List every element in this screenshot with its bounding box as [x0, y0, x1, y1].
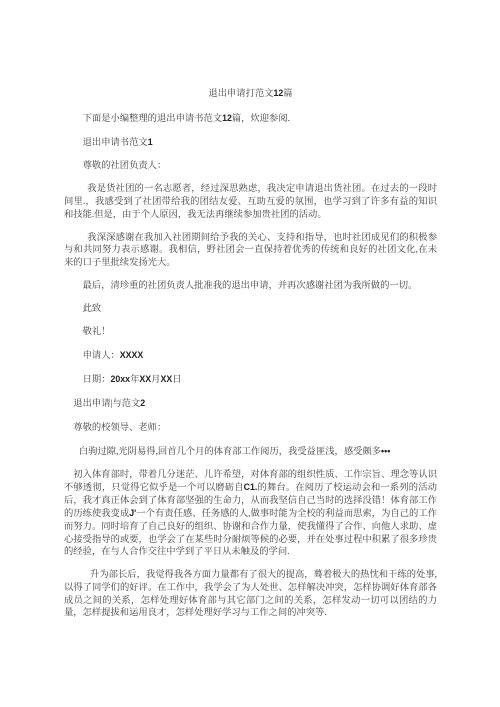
bold-text-segment: XX [160, 374, 172, 384]
text-segment: 退出申请|与范文 [73, 399, 140, 409]
salutation-school-leaders: 尊敬的校领导、老师： [64, 422, 437, 435]
doc-title: 退出申请打范文12篇 [64, 87, 437, 101]
date-line: 日期：20xx年XX月XX日 [64, 373, 437, 387]
text-segment: 我是货社团的一名志愿者，经过深思熟虑，我决定申请退出货社团。在过去的一段时间里.… [64, 184, 437, 219]
salutation-club-leader: 尊敬的社团负责人： [64, 160, 437, 173]
text-segment: 退出申请打范文 [208, 89, 273, 99]
text-segment: 下面是小编整理的退出申请书范文 [83, 114, 222, 124]
bold-text-segment: XX [139, 374, 151, 384]
text-segment: 尊敬的校领导、老师： [73, 423, 166, 433]
applicant-line: 申请人：XXXX [64, 349, 437, 363]
text-segment: 日期： [83, 375, 111, 385]
closing-jingli: 敬礼！ [64, 326, 437, 339]
text-segment: 篇 [283, 89, 292, 99]
bold-text-segment: 1 [148, 137, 153, 147]
text-segment: 我深深感谢在我加入社团期间给予我的关心、支持和指导，也时社团成见们的积极参与和共… [64, 233, 437, 268]
text-segment: 年 [130, 375, 139, 385]
para-sample2-opening: 白驹过隙,光阴易得,回首几个月的体育部工作阅历，我受益匪浅，感受颇多••• [64, 445, 437, 459]
intro-line: 下面是小编整理的退出申请书范文12篇，炊迎参阅. [64, 112, 437, 126]
text-segment: 升为部长后，我觉得我各方面力量都有了很大的提高，蓦着极大的热忱和干练的处事,以得… [64, 570, 437, 618]
text-segment: 申请人： [83, 351, 120, 361]
text-segment: 日 [172, 375, 181, 385]
text-segment: 尊敬的社团负责人： [83, 161, 167, 171]
para-sports-dept-experience: 初入体育部时，带着几分迷茫、儿许希望，对体育部的组织性质、工作宗旨、理念等认识不… [64, 469, 437, 559]
text-segment: 白驹过隙,光阴易得,回首几个月的体育部工作阅历，我受益匪浅，感受颇多 [79, 447, 381, 457]
text-segment: 最后，清珍重的社团负责人批准我的退出申请，并再次感谢社团为我所做的一切。 [83, 281, 418, 291]
bold-text-segment: 12 [222, 113, 232, 123]
text-segment: 敬礼！ [83, 327, 111, 337]
text-segment: 退出申请书范文 [83, 138, 148, 148]
bold-text-segment: ••• [381, 446, 390, 456]
bold-text-segment: XXXX [120, 350, 143, 360]
bold-text-segment: C1. [244, 482, 258, 492]
sample2-heading: 退出申请|与范文2 [64, 397, 437, 411]
bold-text-segment: 12 [273, 88, 283, 98]
closing-cizhi: 此致 [64, 303, 437, 316]
para-gratitude: 我深深感谢在我加入社团期间给予我的关心、支持和指导，也时社团成见们的积极参与和共… [64, 232, 437, 270]
bold-text-segment: 2 [140, 398, 145, 408]
bold-text-segment: 20xx [111, 374, 131, 384]
para-withdraw-reason: 我是货社团的一名志愿者，经过深思熟虑，我决定申请退出货社团。在过去的一段时间里.… [64, 183, 437, 221]
para-closing-request: 最后，清珍重的社团负责人批准我的退出申请，并再次感谢社团为我所做的一切。 [64, 280, 437, 293]
text-segment: 此致 [83, 304, 102, 314]
para-promotion: 升为部长后，我觉得我各方面力量都有了很大的提高，蓦着极大的热忱和干练的处事,以得… [64, 569, 437, 619]
document-page: 退出申请打范文12篇下面是小编整理的退出申请书范文12篇，炊迎参阅.退出申请书范… [0, 0, 500, 707]
document-body: 退出申请打范文12篇下面是小编整理的退出申请书范文12篇，炊迎参阅.退出申请书范… [64, 87, 437, 630]
text-segment: 篇，炊迎参阅. [232, 114, 290, 124]
sample1-heading: 退出申请书范文1 [64, 136, 437, 150]
